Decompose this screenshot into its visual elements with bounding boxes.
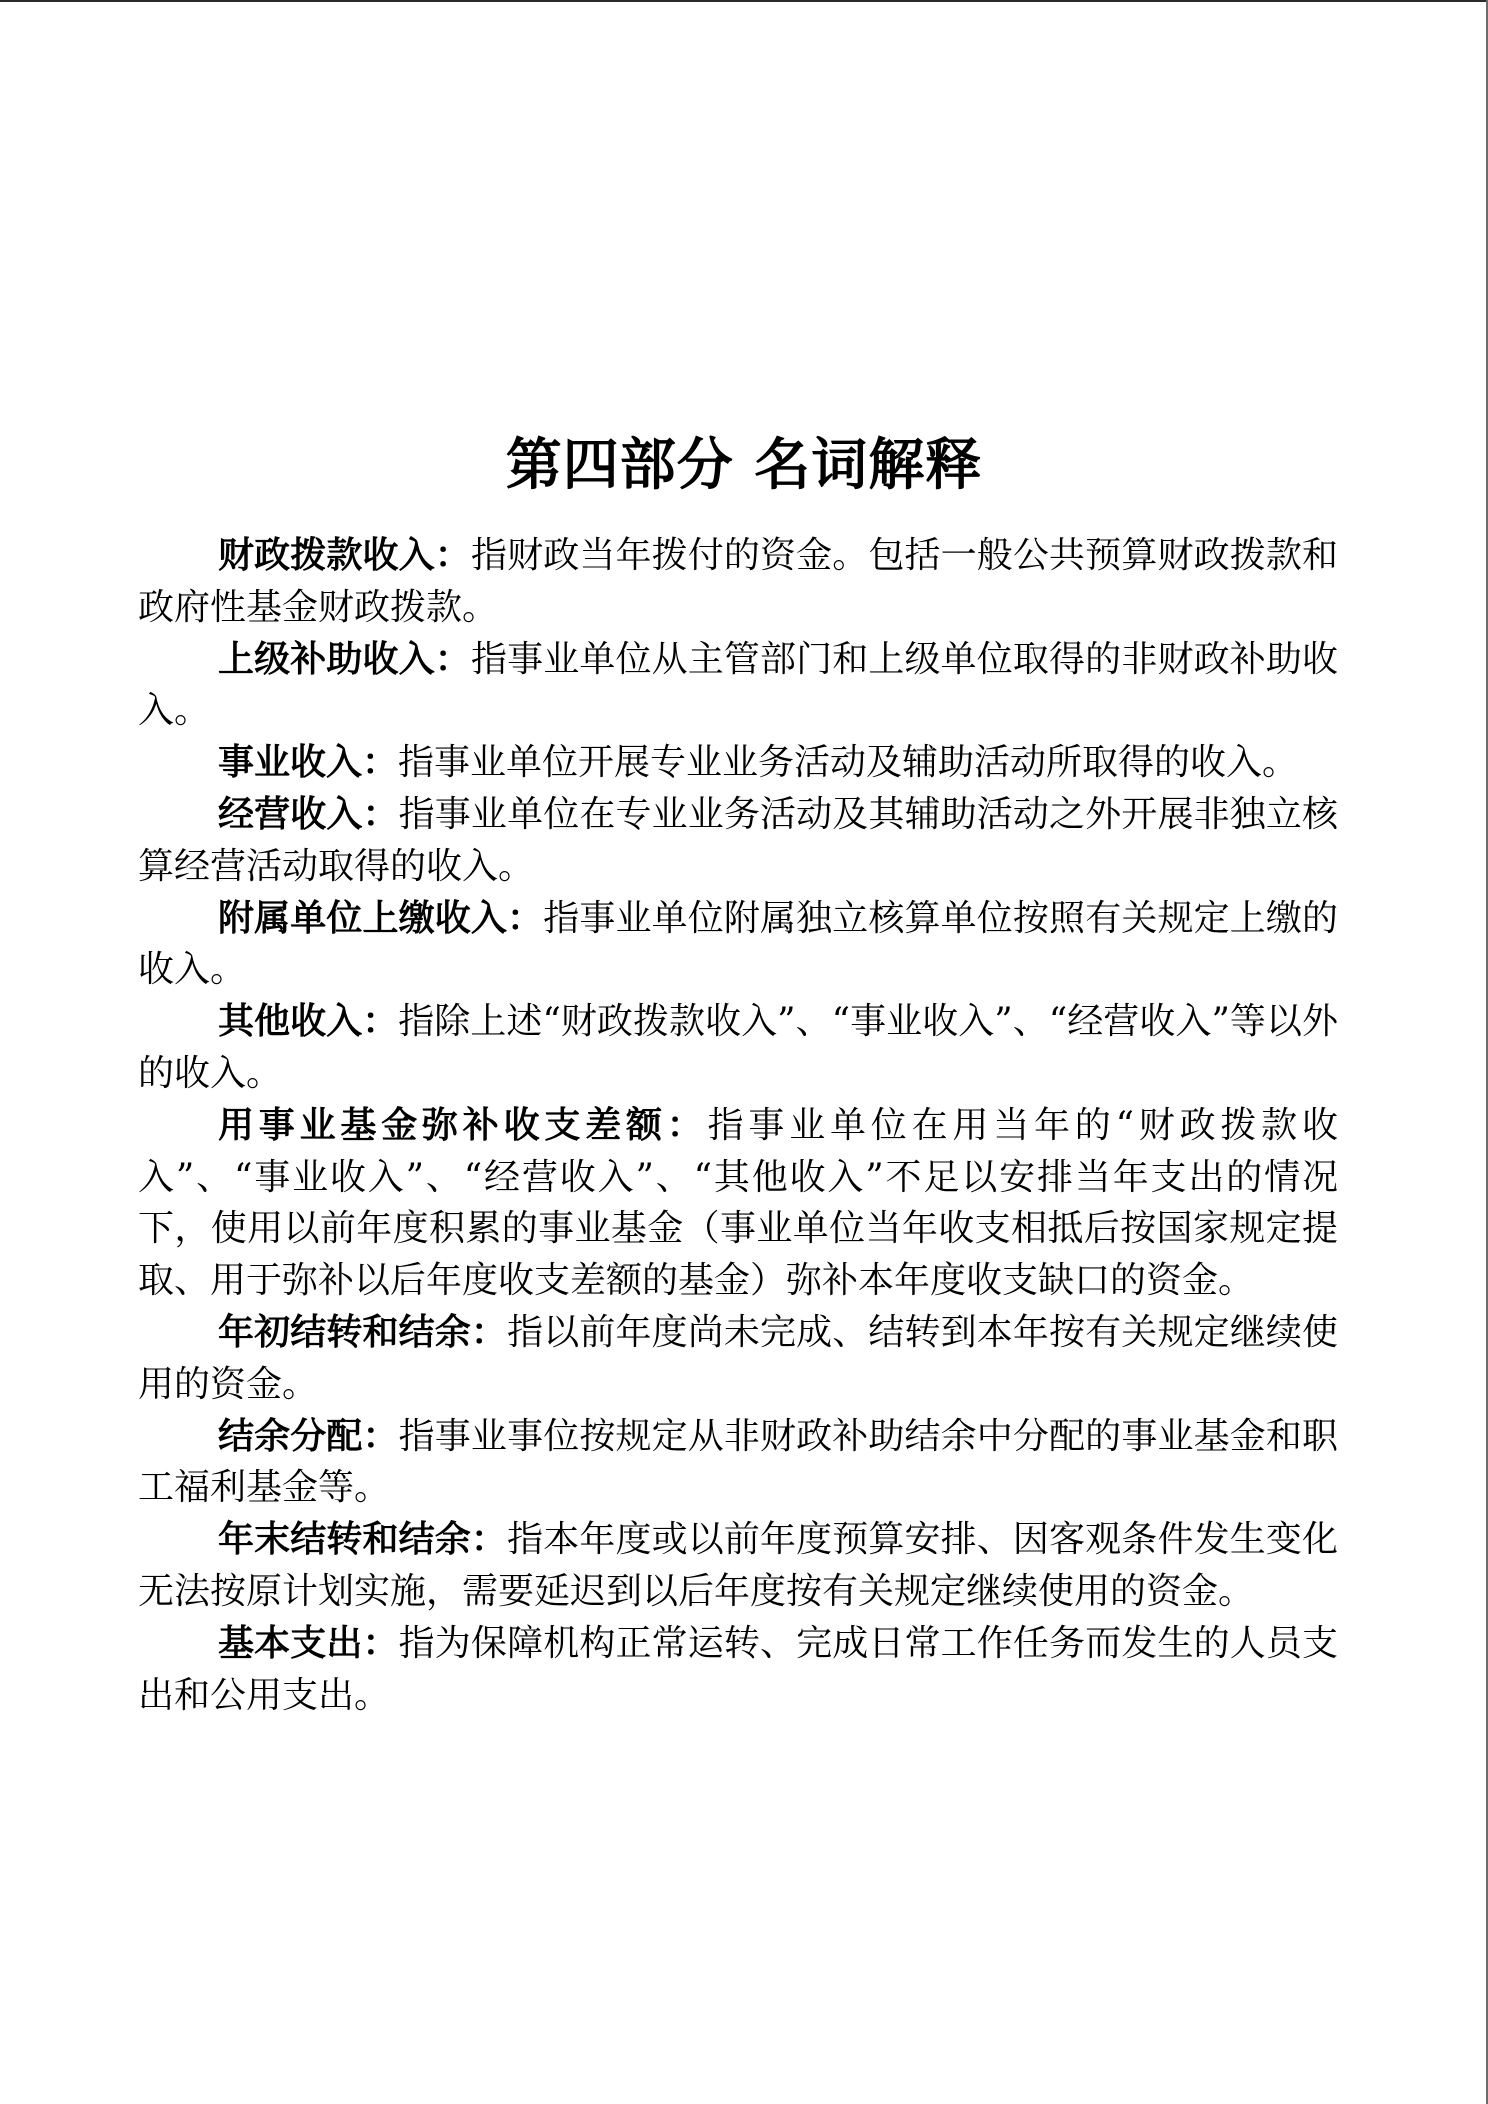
term-name: 经营收入： bbox=[218, 794, 399, 835]
glossary-entry-operating-income: 经营收入：指事业单位在专业业务活动及其辅助活动之外开展非独立核算经营活动取得的收… bbox=[138, 789, 1338, 893]
glossary-entry-business-income: 事业收入：指事业单位开展专业业务活动及辅助活动所取得的收入。 bbox=[138, 737, 1338, 789]
term-name: 其他收入： bbox=[218, 1001, 398, 1042]
glossary-entry-superior-subsidy-income: 上级补助收入：指事业单位从主管部门和上级单位取得的非财政补助收入。 bbox=[138, 634, 1338, 738]
glossary-entry-basic-expenditure: 基本支出：指为保障机构正常运转、完成日常工作任务而发生的人员支出和公用支出。 bbox=[138, 1618, 1338, 1722]
page-border-top bbox=[0, 0, 1488, 2]
term-name: 基本支出： bbox=[218, 1623, 399, 1664]
glossary-entry-other-income: 其他收入：指除上述“财政拨款收入”、“事业收入”、“经营收入”等以外的收入。 bbox=[138, 996, 1338, 1100]
glossary-content: 财政拨款收入：指财政当年拨付的资金。包括一般公共预算财政拨款和政府性基金财政拨款… bbox=[138, 530, 1338, 1721]
term-name: 年末结转和结余： bbox=[218, 1519, 507, 1560]
page-title: 第四部分 名词解释 bbox=[0, 426, 1488, 506]
glossary-entry-fiscal-appropriation-income: 财政拨款收入：指财政当年拨付的资金。包括一般公共预算财政拨款和政府性基金财政拨款… bbox=[138, 530, 1338, 634]
term-name: 年初结转和结余： bbox=[218, 1312, 507, 1353]
term-name: 结余分配： bbox=[218, 1416, 399, 1457]
term-name: 财政拨款收入： bbox=[218, 535, 471, 576]
glossary-entry-closing-carryover-balance: 年末结转和结余：指本年度或以前年度预算安排、因客观条件发生变化无法按原计划实施，… bbox=[138, 1514, 1338, 1618]
glossary-entry-business-fund-offset: 用事业基金弥补收支差额：指事业单位在用当年的“财政拨款收入”、“事业收入”、“经… bbox=[138, 1100, 1338, 1307]
term-name: 上级补助收入： bbox=[218, 639, 471, 680]
term-name: 事业收入： bbox=[218, 742, 398, 783]
glossary-entry-surplus-distribution: 结余分配：指事业事位按规定从非财政补助结余中分配的事业基金和职工福利基金等。 bbox=[138, 1411, 1338, 1515]
glossary-entry-opening-carryover-balance: 年初结转和结余：指以前年度尚未完成、结转到本年按有关规定继续使用的资金。 bbox=[138, 1307, 1338, 1411]
term-name: 用事业基金弥补收支差额： bbox=[218, 1105, 708, 1146]
term-definition: 指事业单位开展专业业务活动及辅助活动所取得的收入。 bbox=[398, 742, 1298, 783]
glossary-entry-affiliated-unit-remittance: 附属单位上缴收入：指事业单位附属独立核算单位按照有关规定上缴的收入。 bbox=[138, 893, 1338, 997]
term-name: 附属单位上缴收入： bbox=[218, 898, 543, 939]
